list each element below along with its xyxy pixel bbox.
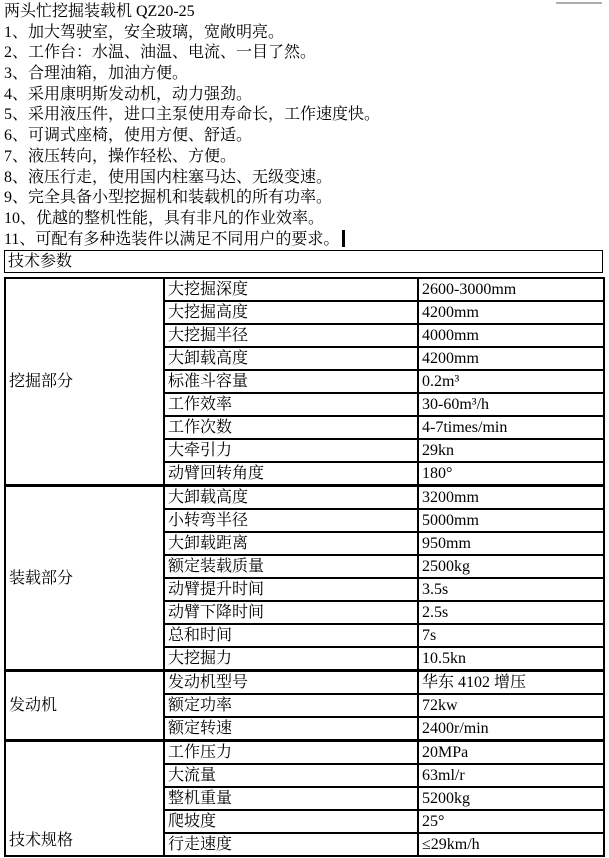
param-name[interactable]: 小转弯半径 — [164, 509, 418, 532]
param-value[interactable]: 4200mm — [418, 347, 604, 370]
group-label[interactable]: 发动机 — [5, 671, 164, 741]
param-name[interactable]: 额定装载质量 — [164, 555, 418, 578]
spec-row: 发动机发动机型号华东 4102 增压 — [5, 671, 604, 695]
param-value[interactable]: 25° — [418, 810, 604, 833]
document-page[interactable]: 两头忙挖掘装载机 QZ20-25 1、加大驾驶室，安全玻璃，宽敞明亮。2、工作台… — [0, 0, 609, 858]
param-name[interactable]: 工作压力 — [164, 741, 418, 765]
feature-line[interactable]: 7、液压转向，操作轻松、方便。 — [4, 147, 604, 168]
param-value[interactable]: 3.5s — [418, 578, 604, 601]
feature-line[interactable]: 1、加大驾驶室，安全玻璃，宽敞明亮。 — [4, 23, 604, 44]
param-value[interactable]: 30-60m³/h — [418, 393, 604, 416]
param-name[interactable]: 标准斗容量 — [164, 370, 418, 393]
param-name[interactable]: 大卸载高度 — [164, 347, 418, 370]
param-value[interactable]: 4000mm — [418, 324, 604, 347]
param-value[interactable]: 2.5s — [418, 601, 604, 624]
param-value[interactable]: ≤29km/h — [418, 833, 604, 856]
param-value[interactable]: 2600-3000mm — [418, 278, 604, 301]
feature-line[interactable]: 10、优越的整机性能，具有非凡的作业效率。 — [4, 209, 604, 230]
param-value[interactable]: 29kn — [418, 439, 604, 462]
spec-table[interactable]: 挖掘部分大挖掘深度2600-3000mm大挖掘高度4200mm大挖掘半径4000… — [4, 277, 605, 857]
param-name[interactable]: 大挖掘力 — [164, 647, 418, 671]
param-value[interactable]: 2400r/min — [418, 717, 604, 741]
spec-row: 挖掘部分大挖掘深度2600-3000mm — [5, 278, 604, 301]
param-value[interactable]: 4-7times/min — [418, 416, 604, 439]
param-value[interactable]: 20MPa — [418, 741, 604, 765]
param-name[interactable]: 总和时间 — [164, 624, 418, 647]
feature-line[interactable]: 2、工作台：水温、油温、电流、一目了然。 — [4, 43, 604, 64]
group-label[interactable]: 装载部分 — [5, 486, 164, 671]
group-label[interactable]: 技术规格 — [5, 741, 164, 857]
param-value[interactable]: 0.2m³ — [418, 370, 604, 393]
param-value[interactable]: 2500kg — [418, 555, 604, 578]
feature-list: 1、加大驾驶室，安全玻璃，宽敞明亮。2、工作台：水温、油温、电流、一目了然。3、… — [4, 23, 604, 251]
param-value[interactable]: 4200mm — [418, 301, 604, 324]
param-name[interactable]: 动臂提升时间 — [164, 578, 418, 601]
param-value[interactable]: 5000mm — [418, 509, 604, 532]
table-title: 技术参数 — [8, 253, 72, 270]
spec-row: 技术规格工作压力20MPa — [5, 741, 604, 765]
table-title-row[interactable]: 技术参数 — [4, 250, 603, 273]
param-name[interactable]: 大卸载高度 — [164, 486, 418, 510]
param-value[interactable]: 7s — [418, 624, 604, 647]
param-value[interactable]: 63ml/r — [418, 764, 604, 787]
feature-line[interactable]: 4、采用康明斯发动机，动力强劲。 — [4, 85, 604, 106]
spec-row: 装载部分大卸载高度3200mm — [5, 486, 604, 510]
param-value[interactable]: 3200mm — [418, 486, 604, 510]
param-value[interactable]: 72kw — [418, 694, 604, 717]
param-value[interactable]: 950mm — [418, 532, 604, 555]
param-name[interactable]: 额定功率 — [164, 694, 418, 717]
param-name[interactable]: 爬坡度 — [164, 810, 418, 833]
group-label[interactable]: 挖掘部分 — [5, 278, 164, 486]
feature-line[interactable]: 5、采用液压件，进口主泵使用寿命长，工作速度快。 — [4, 105, 604, 126]
param-name[interactable]: 动臂回转角度 — [164, 462, 418, 486]
page-title[interactable]: 两头忙挖掘装载机 QZ20-25 — [4, 2, 604, 23]
feature-line[interactable]: 3、合理油箱，加油方便。 — [4, 64, 604, 85]
param-name[interactable]: 大流量 — [164, 764, 418, 787]
document-body-text[interactable]: 两头忙挖掘装载机 QZ20-25 1、加大驾驶室，安全玻璃，宽敞明亮。2、工作台… — [4, 2, 604, 250]
param-name[interactable]: 行走速度 — [164, 833, 418, 856]
param-value[interactable]: 180° — [418, 462, 604, 486]
param-name[interactable]: 动臂下降时间 — [164, 601, 418, 624]
feature-line[interactable]: 6、可调式座椅，使用方便、舒适。 — [4, 126, 604, 147]
param-name[interactable]: 工作次数 — [164, 416, 418, 439]
param-name[interactable]: 额定转速 — [164, 717, 418, 741]
param-name[interactable]: 大卸载距离 — [164, 532, 418, 555]
feature-line[interactable]: 11、可配有多种选装件以满足不同用户的要求。 — [4, 230, 604, 251]
param-name[interactable]: 大挖掘半径 — [164, 324, 418, 347]
feature-line[interactable]: 9、完全具备小型挖掘机和装载机的所有功率。 — [4, 188, 604, 209]
param-name[interactable]: 大挖掘高度 — [164, 301, 418, 324]
param-value[interactable]: 5200kg — [418, 787, 604, 810]
param-value[interactable]: 华东 4102 增压 — [418, 671, 604, 695]
param-name[interactable]: 整机重量 — [164, 787, 418, 810]
param-name[interactable]: 大挖掘深度 — [164, 278, 418, 301]
feature-line[interactable]: 8、液压行走，使用国内柱塞马达、无级变速。 — [4, 168, 604, 189]
text-cursor — [342, 230, 345, 247]
param-name[interactable]: 大牵引力 — [164, 439, 418, 462]
param-value[interactable]: 10.5kn — [418, 647, 604, 671]
param-name[interactable]: 工作效率 — [164, 393, 418, 416]
param-name[interactable]: 发动机型号 — [164, 671, 418, 695]
